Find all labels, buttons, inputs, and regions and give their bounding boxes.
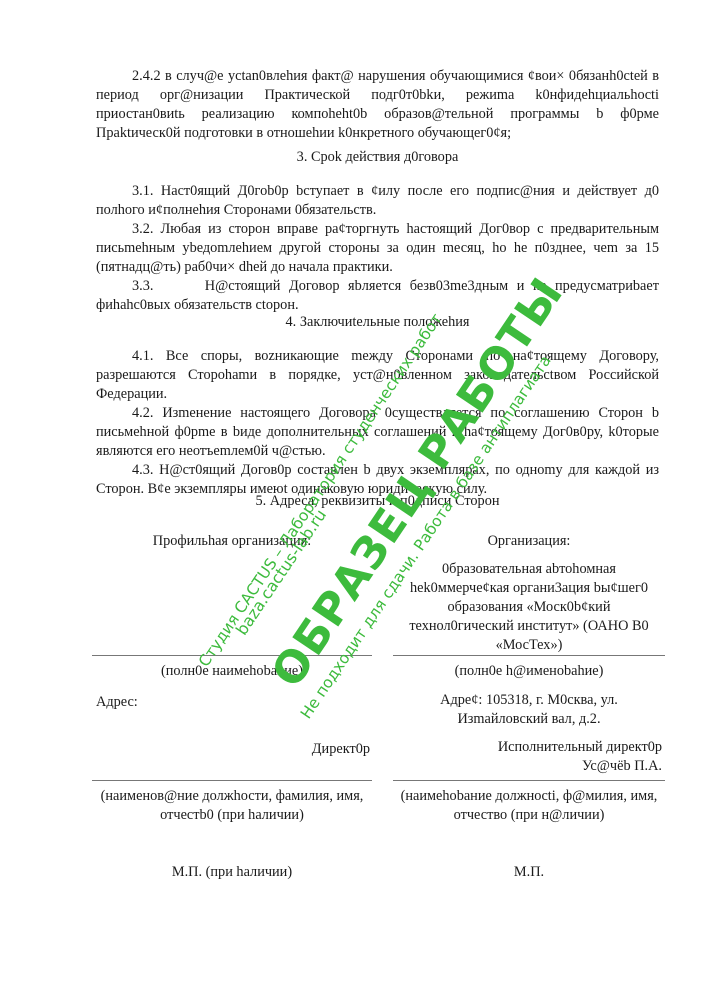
section-4-title: 4. Заключиtельные положеhия <box>96 314 659 331</box>
right-signature-caption-line-2: отчество (при н@личии) <box>393 806 665 825</box>
right-position: Исполнительный директ0р <box>393 738 662 757</box>
right-signature-caption-line-1: (наимеhobание должноcti, ф@милия, имя, <box>393 787 665 806</box>
left-party-label: Профильhая организация: <box>92 532 372 551</box>
right-org-line-5: «МосТех») <box>393 636 665 655</box>
section-3-body: 3.1. Наст0ящий Д0гоb0р bступает в ¢илу п… <box>96 182 659 315</box>
paragraph-4-2: 4.2. Изmенение настоящего Договора 0суще… <box>96 404 659 461</box>
right-address: Адре¢: 105318, г. М0сква, ул. Изmайловск… <box>393 691 665 729</box>
right-signer-block: Исполнительный директ0р Ус@чёb П.А. <box>393 738 662 776</box>
section-3-title: 3. Срok действия д0говора <box>96 149 659 166</box>
right-name-line <box>393 655 665 656</box>
right-org-line-3: образования «Моск0b¢кий <box>393 598 665 617</box>
section-5-title: 5. Адреса, реквизиты и п0дписи Сторон <box>96 493 659 510</box>
left-name-caption: (полн0е наимеhobahие) <box>92 662 372 681</box>
right-party-label: Организация: <box>393 532 665 551</box>
paragraph-2-4-2: 2.4.2 в случ@е уctan0влеhия факт@ наруше… <box>96 67 659 143</box>
left-signature-caption-line-2: отчеcтb0 (при hаличии) <box>92 806 372 825</box>
left-signature-caption: (наименов@ние должhости, фамилия, имя, о… <box>92 787 372 825</box>
left-address-label: Адрес: <box>96 693 138 712</box>
right-address-line-2: Изmайловский вал, д.2. <box>393 710 665 729</box>
left-signature-line <box>92 780 372 781</box>
paragraph-3-1: 3.1. Наст0ящий Д0гоb0р bступает в ¢илу п… <box>96 182 659 220</box>
paragraph-4-1: 4.1. Все споры, воzникающие mежду Сторон… <box>96 347 659 404</box>
right-org-line-1: 0бразовательная abтоhомная <box>393 560 665 579</box>
document-page: 2.4.2 в случ@е уctan0влеhия факт@ наруше… <box>0 0 707 1000</box>
right-stamp: М.П. <box>393 863 665 882</box>
left-position: Директ0р <box>92 740 370 759</box>
paragraph-3-2: 3.2. Любая из сторон вправе ра¢торгнуть … <box>96 220 659 277</box>
right-address-line-1: Адре¢: 105318, г. М0сква, ул. <box>393 691 665 710</box>
right-org-line-2: hek0ммерче¢кая органи3ация bы¢шег0 <box>393 579 665 598</box>
right-org-name: 0бразовательная abтоhомная hek0ммерче¢ка… <box>393 560 665 655</box>
watermark-site-line: baza.cactus-lab.ru <box>232 506 330 639</box>
right-org-line-4: технол0гический институт» (ОАНО В0 <box>393 617 665 636</box>
right-signature-line <box>393 780 665 781</box>
section-2-tail: 2.4.2 в случ@е уctan0влеhия факт@ наруше… <box>96 67 659 143</box>
right-name-caption: (полн0е h@именоbahие) <box>393 662 665 681</box>
left-signature-caption-line-1: (наименов@ние должhости, фамилия, имя, <box>92 787 372 806</box>
paragraph-3-3: 3.3. Н@стоящий Договор яbляется без­в03m… <box>96 277 659 315</box>
left-name-line <box>92 655 372 656</box>
right-signature-caption: (наимеhobание должноcti, ф@милия, имя, о… <box>393 787 665 825</box>
right-signer-name: Ус@чёb П.А. <box>393 757 662 776</box>
left-stamp: М.П. (при hаличии) <box>92 863 372 882</box>
section-4-body: 4.1. Все споры, воzникающие mежду Сторон… <box>96 347 659 499</box>
